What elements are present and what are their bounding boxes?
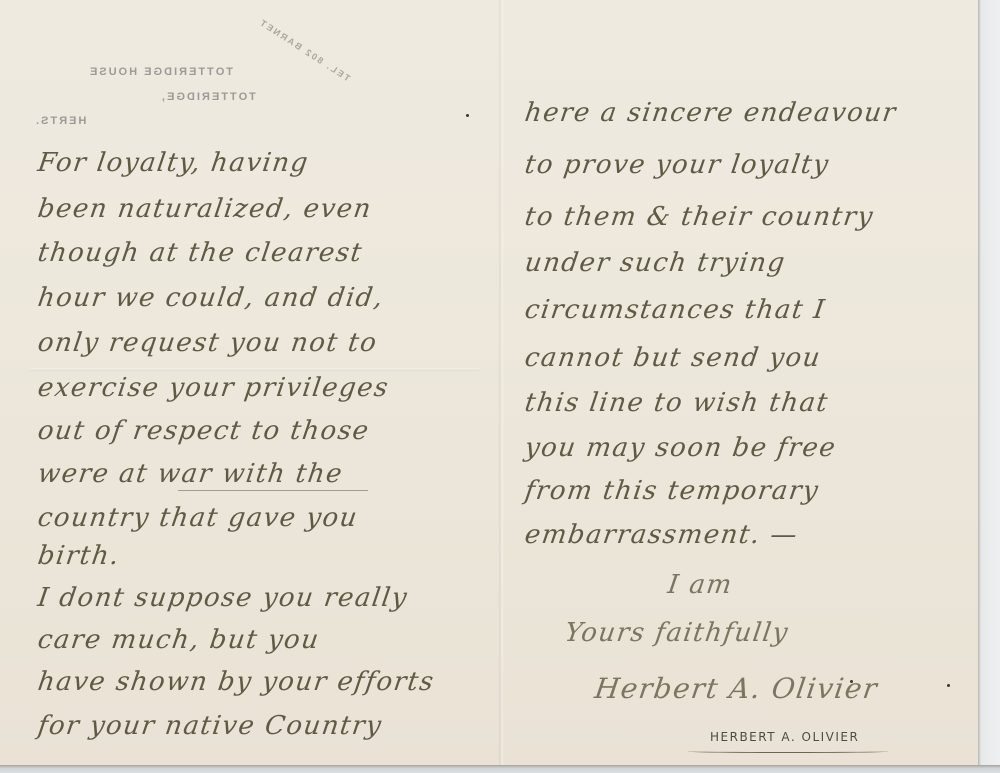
signature: Herbert A. Olivier (593, 672, 881, 705)
background-edge-right (978, 0, 1000, 773)
printed-name-underline (688, 750, 888, 753)
left-line: though at the clearest (36, 238, 365, 268)
letterhead-line-2: TOTTERIDGE, (160, 91, 256, 103)
right-line: you may soon be free (523, 433, 838, 463)
paper-crease (30, 368, 480, 371)
ink-dot (466, 114, 469, 117)
left-line: have shown by your efforts (36, 667, 437, 697)
ink-flourish (178, 490, 368, 491)
right-line: here a sincere endeavour (523, 98, 899, 128)
right-line: cannot but send you (523, 343, 823, 373)
letterhead-line-1: TOTTERIDGE HOUSE (88, 66, 233, 78)
left-line: were at war with the (36, 459, 345, 489)
left-line: For loyalty, having (36, 148, 311, 178)
printed-name: HERBERT A. OLIVIER (710, 730, 859, 744)
right-line: from this temporary (523, 476, 821, 506)
left-line: I dont suppose you really (36, 583, 410, 613)
left-line: birth. (36, 541, 122, 571)
left-line: hour we could, and did, (36, 283, 386, 313)
left-line: exercise your privileges (36, 373, 391, 403)
left-line: only request you not to (36, 328, 380, 358)
background-edge-bottom (0, 765, 1000, 773)
left-line: out of respect to those (36, 416, 372, 446)
ink-dot (850, 680, 853, 683)
closing-salutation: I am (666, 570, 735, 600)
center-fold (498, 0, 504, 765)
ink-dot (947, 684, 950, 687)
right-line: circumstances that I (523, 295, 828, 325)
left-line: care much, but you (36, 625, 322, 655)
right-line: under such trying (523, 248, 788, 278)
right-line: to them & their country (523, 202, 876, 232)
left-line: country that gave you (36, 503, 360, 533)
right-line: this line to wish that (523, 388, 831, 418)
left-line: been naturalized, even (36, 194, 374, 224)
letterhead-line-3: HERTS. (34, 115, 86, 127)
closing-valediction: Yours faithfully (563, 618, 791, 648)
right-line: to prove your loyalty (523, 150, 832, 180)
right-line: embarrassment. — (523, 520, 800, 550)
left-line: for your native Country (36, 711, 384, 741)
